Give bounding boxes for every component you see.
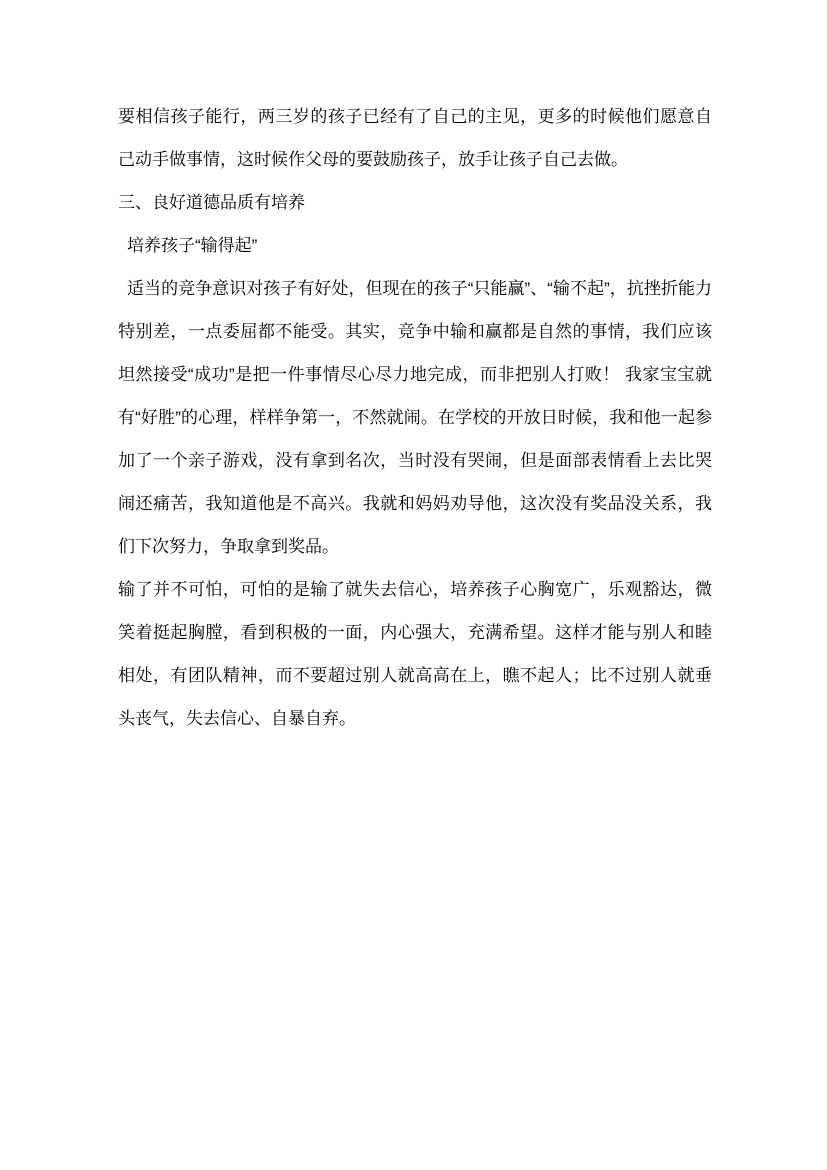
paragraph-continuation: 要相信孩子能行，两三岁的孩子已经有了自己的主见，更多的时候他们愿意自己动手做事情… <box>118 95 712 181</box>
paragraph-losing: 输了并不可怕，可怕的是输了就失去信心，培养孩子心胸宽广，乐观豁达，微笑着挺起胸膛… <box>118 568 712 740</box>
subheading: 培养孩子“输得起” <box>118 224 712 267</box>
section-heading: 三、良好道德品质有培养 <box>118 181 712 224</box>
paragraph-competition: 适当的竞争意识对孩子有好处，但现在的孩子“只能赢”、“输不起”，抗挫折能力特别差… <box>118 267 712 568</box>
document-page: 要相信孩子能行，两三岁的孩子已经有了自己的主见，更多的时候他们愿意自己动手做事情… <box>0 0 827 1170</box>
text-block: 要相信孩子能行，两三岁的孩子已经有了自己的主见，更多的时候他们愿意自己动手做事情… <box>118 95 712 740</box>
